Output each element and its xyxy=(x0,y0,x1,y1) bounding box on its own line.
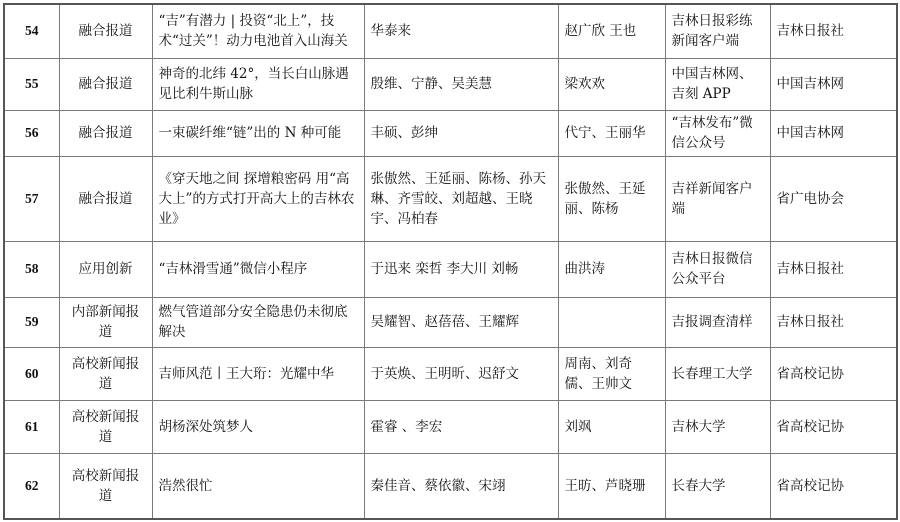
authors-cell: 华泰来 xyxy=(364,4,558,58)
platform-cell: 吉林大学 xyxy=(665,400,770,453)
platform-cell: 长春理工大学 xyxy=(665,347,770,400)
table-row: 62 高校新闻报道 浩然很忙 秦佳音、蔡依徽、宋翊 王昉、芦晓珊 长春大学 省高… xyxy=(4,453,897,519)
editors-cell: 周南、刘奇儒、王帅文 xyxy=(558,347,665,400)
editors-cell: 刘飒 xyxy=(558,400,665,453)
editors-cell: 代宁、王丽华 xyxy=(558,110,665,156)
editors-cell: 曲洪涛 xyxy=(558,241,665,297)
editors-cell xyxy=(558,297,665,347)
table-row: 56 融合报道 一束碳纤维“链”出的 N 种可能 丰硕、彭绅 代宁、王丽华 “吉… xyxy=(4,110,897,156)
platform-cell: 吉林日报彩练新闻客户端 xyxy=(665,4,770,58)
recommender-cell: 吉林日报社 xyxy=(770,297,897,347)
category-cell: 融合报道 xyxy=(59,58,152,110)
title-cell: 《穿天地之间 探增粮密码 用“高大上”的方式打开高大上的吉林农业》 xyxy=(152,156,364,241)
row-number: 59 xyxy=(4,297,59,347)
recommender-cell: 省高校记协 xyxy=(770,453,897,519)
recommender-cell: 中国吉林网 xyxy=(770,110,897,156)
row-number: 57 xyxy=(4,156,59,241)
row-number: 58 xyxy=(4,241,59,297)
platform-cell: 吉祥新闻客户端 xyxy=(665,156,770,241)
title-cell: 吉师风范丨王大珩：光耀中华 xyxy=(152,347,364,400)
row-number: 62 xyxy=(4,453,59,519)
authors-cell: 秦佳音、蔡依徽、宋翊 xyxy=(364,453,558,519)
row-number: 56 xyxy=(4,110,59,156)
authors-cell: 殷维、宁静、吴美慧 xyxy=(364,58,558,110)
title-cell: 胡杨深处筑梦人 xyxy=(152,400,364,453)
title-cell: “吉林滑雪通”微信小程序 xyxy=(152,241,364,297)
title-cell: 神奇的北纬 42°，当长白山脉遇见比利牛斯山脉 xyxy=(152,58,364,110)
platform-cell: 中国吉林网、吉刻 APP xyxy=(665,58,770,110)
row-number: 55 xyxy=(4,58,59,110)
table-row: 57 融合报道 《穿天地之间 探增粮密码 用“高大上”的方式打开高大上的吉林农业… xyxy=(4,156,897,241)
row-number: 61 xyxy=(4,400,59,453)
table-row: 60 高校新闻报道 吉师风范丨王大珩：光耀中华 于英焕、王明昕、迟舒文 周南、刘… xyxy=(4,347,897,400)
title-cell: 一束碳纤维“链”出的 N 种可能 xyxy=(152,110,364,156)
authors-cell: 吴耀智、赵蓓蓓、王耀辉 xyxy=(364,297,558,347)
authors-cell: 于英焕、王明昕、迟舒文 xyxy=(364,347,558,400)
category-cell: 融合报道 xyxy=(59,156,152,241)
title-cell: “吉”有潜力 | 投资“北上”，技术“过关”！动力电池首入山海关 xyxy=(152,4,364,58)
awards-table: 54 融合报道 “吉”有潜力 | 投资“北上”，技术“过关”！动力电池首入山海关… xyxy=(3,3,898,520)
category-cell: 内部新闻报道 xyxy=(59,297,152,347)
category-cell: 高校新闻报道 xyxy=(59,453,152,519)
table-row: 59 内部新闻报道 燃气管道部分安全隐患仍未彻底解决 吴耀智、赵蓓蓓、王耀辉 吉… xyxy=(4,297,897,347)
recommender-cell: 省高校记协 xyxy=(770,347,897,400)
title-cell: 浩然很忙 xyxy=(152,453,364,519)
recommender-cell: 吉林日报社 xyxy=(770,241,897,297)
row-number: 60 xyxy=(4,347,59,400)
editors-cell: 王昉、芦晓珊 xyxy=(558,453,665,519)
authors-cell: 张傲然、王延丽、陈杨、孙天琳、齐雪皎、刘超越、王晓宇、冯柏春 xyxy=(364,156,558,241)
authors-cell: 霍睿 、李宏 xyxy=(364,400,558,453)
table-row: 55 融合报道 神奇的北纬 42°，当长白山脉遇见比利牛斯山脉 殷维、宁静、吴美… xyxy=(4,58,897,110)
table-row: 61 高校新闻报道 胡杨深处筑梦人 霍睿 、李宏 刘飒 吉林大学 省高校记协 xyxy=(4,400,897,453)
category-cell: 高校新闻报道 xyxy=(59,347,152,400)
category-cell: 高校新闻报道 xyxy=(59,400,152,453)
row-number: 54 xyxy=(4,4,59,58)
recommender-cell: 中国吉林网 xyxy=(770,58,897,110)
editors-cell: 梁欢欢 xyxy=(558,58,665,110)
title-cell: 燃气管道部分安全隐患仍未彻底解决 xyxy=(152,297,364,347)
platform-cell: 长春大学 xyxy=(665,453,770,519)
recommender-cell: 省广电协会 xyxy=(770,156,897,241)
platform-cell: 吉报调查清样 xyxy=(665,297,770,347)
table-row: 58 应用创新 “吉林滑雪通”微信小程序 于迅来 栾哲 李大川 刘畅 曲洪涛 吉… xyxy=(4,241,897,297)
authors-cell: 于迅来 栾哲 李大川 刘畅 xyxy=(364,241,558,297)
editors-cell: 张傲然、王延丽、陈杨 xyxy=(558,156,665,241)
recommender-cell: 吉林日报社 xyxy=(770,4,897,58)
platform-cell: “吉林发布”微信公众号 xyxy=(665,110,770,156)
category-cell: 融合报道 xyxy=(59,4,152,58)
table-row: 54 融合报道 “吉”有潜力 | 投资“北上”，技术“过关”！动力电池首入山海关… xyxy=(4,4,897,58)
category-cell: 应用创新 xyxy=(59,241,152,297)
platform-cell: 吉林日报微信公众平台 xyxy=(665,241,770,297)
editors-cell: 赵广欣 王也 xyxy=(558,4,665,58)
recommender-cell: 省高校记协 xyxy=(770,400,897,453)
authors-cell: 丰硕、彭绅 xyxy=(364,110,558,156)
category-cell: 融合报道 xyxy=(59,110,152,156)
